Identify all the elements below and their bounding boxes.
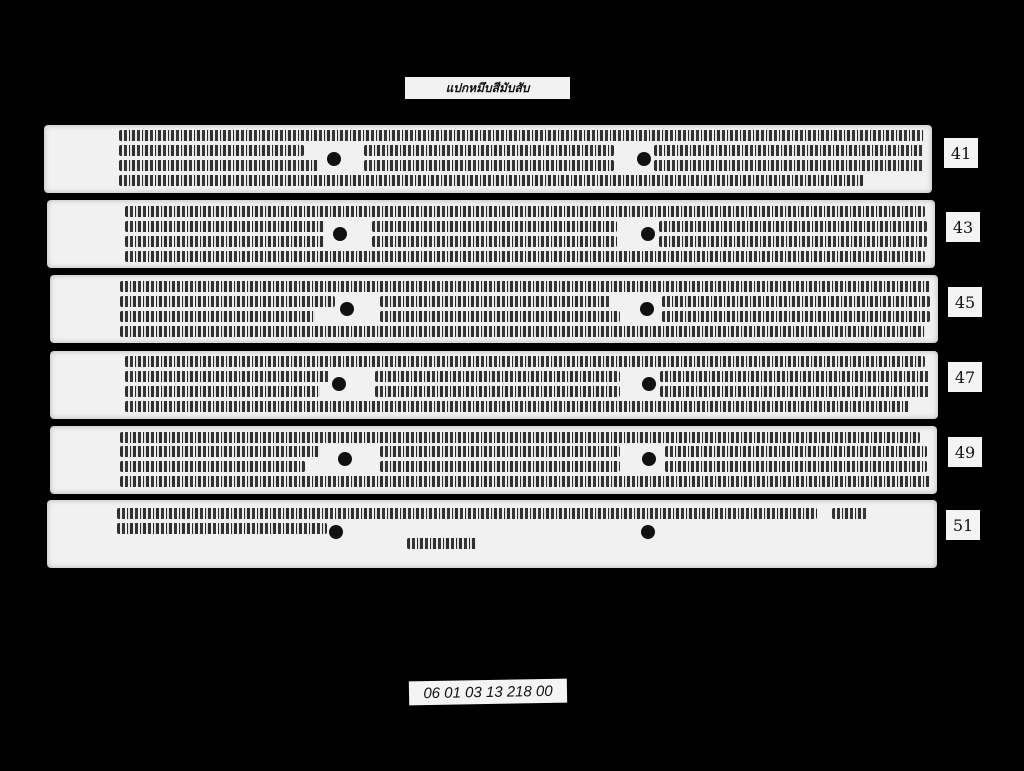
script-line xyxy=(125,206,925,217)
script-line xyxy=(380,311,620,322)
script-line xyxy=(407,538,477,549)
binding-hole xyxy=(640,302,654,316)
page-number-label: 51 xyxy=(946,510,980,540)
script-line xyxy=(375,386,620,397)
script-line xyxy=(120,281,930,292)
script-line xyxy=(380,461,620,472)
script-line xyxy=(120,326,925,337)
binding-hole xyxy=(641,227,655,241)
page-number-label: 45 xyxy=(948,287,982,317)
script-line xyxy=(119,130,924,141)
palm-leaf-page-49 xyxy=(50,426,937,494)
script-line xyxy=(120,311,315,322)
script-line xyxy=(120,296,335,307)
script-line xyxy=(665,461,927,472)
script-line xyxy=(364,160,614,171)
binding-hole xyxy=(642,377,656,391)
script-line xyxy=(119,175,864,186)
script-line xyxy=(660,371,930,382)
script-line xyxy=(120,476,930,487)
binding-hole xyxy=(641,525,655,539)
script-line xyxy=(659,221,927,232)
script-line xyxy=(665,446,927,457)
title-label: แปกหมึบสีมับสับ xyxy=(405,77,570,99)
script-line xyxy=(654,145,924,156)
script-line xyxy=(119,145,304,156)
script-line xyxy=(120,461,305,472)
page-number-label: 49 xyxy=(948,437,982,467)
palm-leaf-page-45 xyxy=(50,275,938,343)
binding-hole xyxy=(637,152,651,166)
script-line xyxy=(125,371,330,382)
palm-leaf-page-51 xyxy=(47,500,937,568)
script-line xyxy=(119,160,319,171)
palm-leaf-page-43 xyxy=(47,200,935,268)
script-line xyxy=(662,296,930,307)
binding-hole xyxy=(338,452,352,466)
script-line xyxy=(662,311,930,322)
script-line xyxy=(372,236,617,247)
script-line xyxy=(125,386,320,397)
binding-hole xyxy=(327,152,341,166)
binding-hole xyxy=(329,525,343,539)
script-line xyxy=(125,236,325,247)
script-line xyxy=(372,221,617,232)
script-line xyxy=(125,356,925,367)
script-line xyxy=(660,386,930,397)
script-line xyxy=(120,432,920,443)
script-line xyxy=(120,446,320,457)
palm-leaf-page-41 xyxy=(44,125,932,193)
script-line xyxy=(380,296,610,307)
page-number-label: 41 xyxy=(944,138,978,168)
page-number-label: 43 xyxy=(946,212,980,242)
script-line xyxy=(125,221,325,232)
binding-hole xyxy=(340,302,354,316)
palm-leaf-page-47 xyxy=(50,351,938,419)
binding-hole xyxy=(333,227,347,241)
script-line xyxy=(832,508,867,519)
script-line xyxy=(125,401,910,412)
script-line xyxy=(654,160,924,171)
page-number-label: 47 xyxy=(948,362,982,392)
catalog-code-label: 06 01 03 13 218 00 xyxy=(409,679,567,706)
script-line xyxy=(659,236,927,247)
script-line xyxy=(117,508,817,519)
script-line xyxy=(364,145,614,156)
script-line xyxy=(375,371,620,382)
script-line xyxy=(117,523,327,534)
binding-hole xyxy=(332,377,346,391)
script-line xyxy=(380,446,620,457)
script-line xyxy=(125,251,925,262)
binding-hole xyxy=(642,452,656,466)
